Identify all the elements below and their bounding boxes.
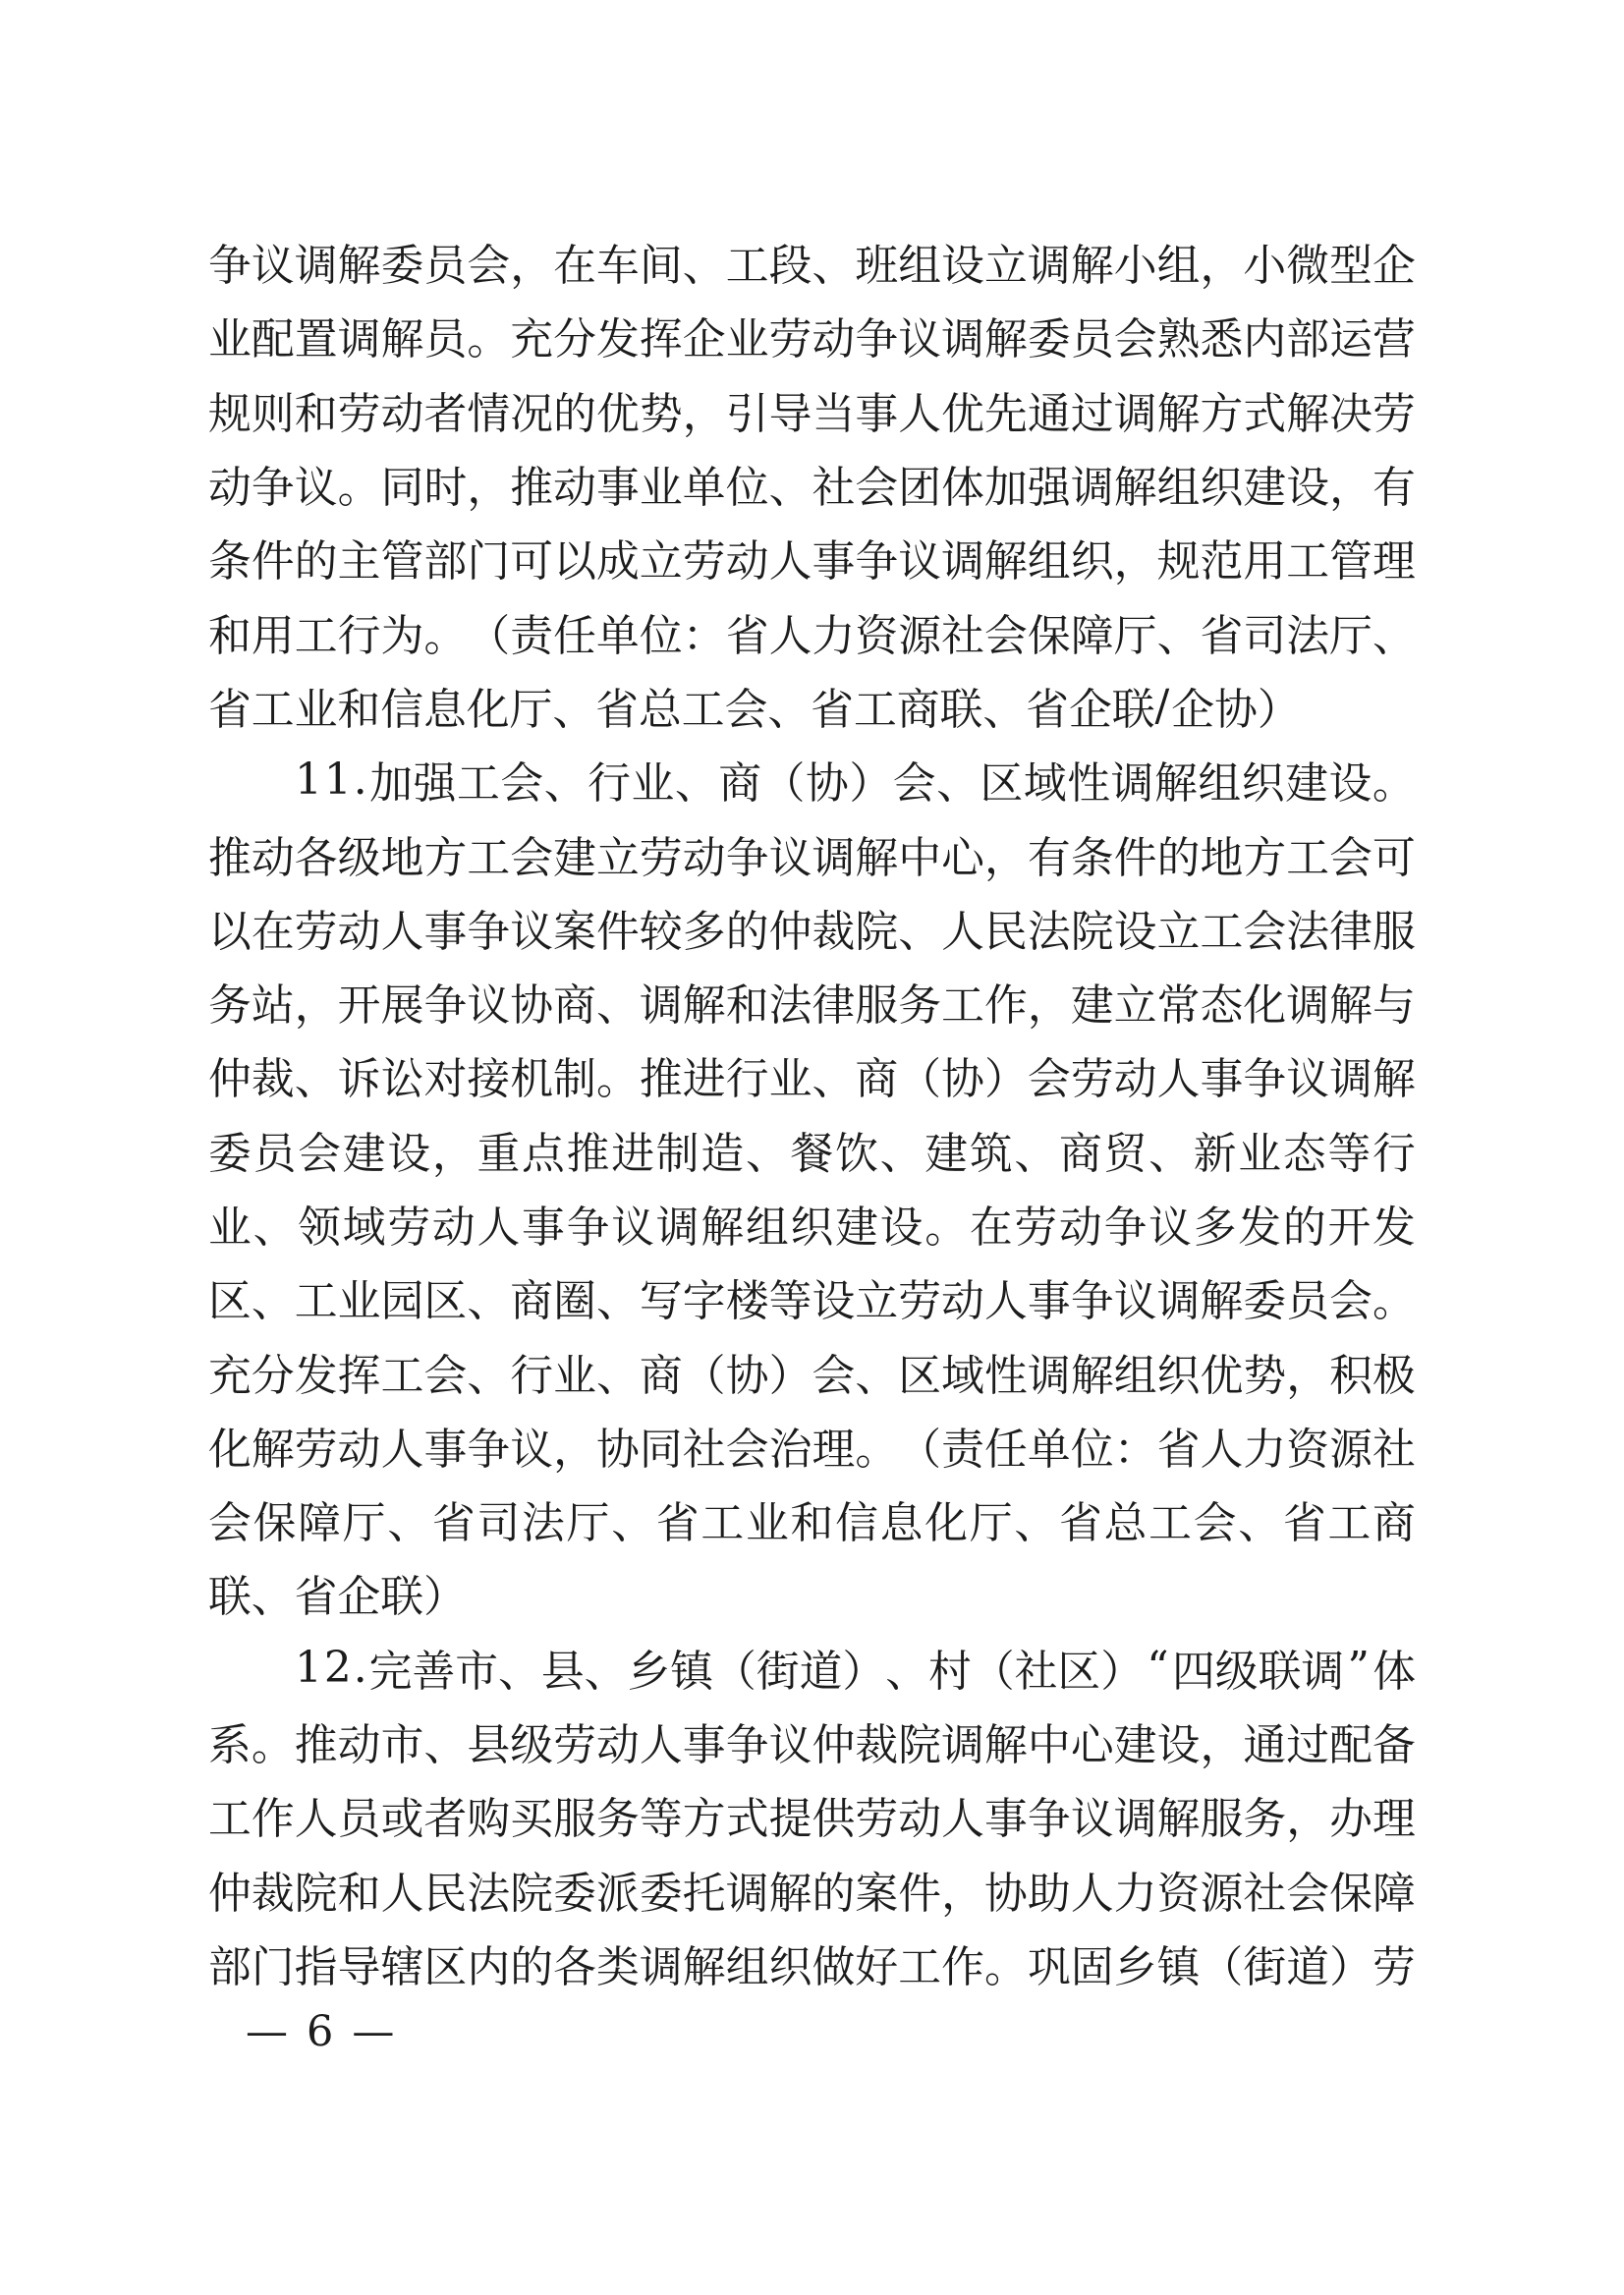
glyph: 律 bbox=[812, 971, 855, 1033]
glyph: 运 bbox=[1329, 305, 1372, 366]
glyph: 诉 bbox=[338, 1044, 381, 1106]
glyph: 委 bbox=[208, 1119, 252, 1181]
page-number: — 6 — bbox=[246, 1996, 394, 2067]
glyph: 务 bbox=[596, 1784, 640, 1846]
glyph: 方 bbox=[423, 823, 467, 885]
glyph: 省 bbox=[1157, 1415, 1201, 1477]
glyph: 商 bbox=[510, 1266, 553, 1328]
glyph: 织 bbox=[1071, 527, 1114, 588]
glyph: ， bbox=[1286, 1341, 1329, 1403]
glyph: 争 bbox=[467, 897, 510, 959]
text-line: 务站，开展争议协商、调解和法律服务工作，建立常态化调解与 bbox=[208, 965, 1416, 1038]
glyph: 域 bbox=[343, 1193, 386, 1255]
glyph: 组 bbox=[898, 231, 941, 293]
glyph: 调 bbox=[640, 971, 683, 1033]
glyph: 障 bbox=[298, 1488, 341, 1550]
glyph: 立 bbox=[855, 1266, 898, 1328]
glyph: 织 bbox=[791, 1193, 834, 1255]
glyph: 和 bbox=[726, 971, 769, 1033]
glyph: 社 bbox=[683, 1415, 726, 1477]
glyph: 协 bbox=[1214, 675, 1258, 737]
glyph: 争 bbox=[252, 453, 295, 515]
glyph: 议 bbox=[510, 897, 553, 959]
glyph: 配 bbox=[1329, 1710, 1372, 1772]
glyph: ， bbox=[683, 379, 726, 441]
glyph: 议 bbox=[898, 305, 941, 366]
glyph: 组 bbox=[1114, 1341, 1157, 1403]
glyph: 情 bbox=[467, 379, 510, 441]
glyph: 、 bbox=[982, 675, 1026, 737]
text-line: 11.加强工会、行业、商（协）会、区域性调解组织建设。 bbox=[208, 743, 1416, 816]
glyph: 理 bbox=[812, 1415, 855, 1477]
glyph: （ bbox=[683, 1341, 726, 1403]
glyph: 人 bbox=[1071, 1859, 1114, 1921]
glyph: 、 bbox=[675, 749, 718, 811]
text-line: 和用工行为。（责任单位：省人力资源社会保障厅、省司法厅、 bbox=[208, 594, 1416, 668]
glyph: 劳 bbox=[898, 1266, 941, 1328]
glyph: 裁 bbox=[855, 1710, 898, 1772]
glyph: 劳 bbox=[1014, 1193, 1057, 1255]
glyph: ， bbox=[295, 971, 338, 1033]
glyph: （ bbox=[898, 1044, 941, 1106]
glyph: 较 bbox=[640, 897, 683, 959]
glyph: 劳 bbox=[295, 1415, 338, 1477]
glyph: 小 bbox=[1243, 231, 1286, 293]
glyph: ） bbox=[769, 1341, 812, 1403]
glyph: 员 bbox=[1071, 305, 1114, 366]
glyph: 发 bbox=[1372, 1193, 1416, 1255]
glyph: 委 bbox=[640, 1859, 683, 1921]
glyph: 造 bbox=[700, 1119, 744, 1181]
glyph: 设 bbox=[387, 1119, 430, 1181]
glyph: 字 bbox=[683, 1266, 726, 1328]
glyph: 协 bbox=[510, 971, 553, 1033]
glyph: 联 bbox=[208, 1562, 252, 1624]
glyph: 写 bbox=[640, 1266, 683, 1328]
glyph: 。 bbox=[252, 1710, 295, 1772]
glyph: 体 bbox=[941, 453, 984, 515]
glyph: 议 bbox=[769, 1710, 812, 1772]
glyph: 发 bbox=[295, 1341, 338, 1403]
glyph: 的 bbox=[726, 897, 769, 959]
glyph: 管 bbox=[1329, 527, 1372, 588]
glyph: 事 bbox=[423, 1415, 467, 1477]
glyph: 员 bbox=[253, 1119, 297, 1181]
glyph: 讼 bbox=[381, 1044, 424, 1106]
glyph: 省 bbox=[295, 1562, 338, 1624]
glyph: 解 bbox=[1157, 379, 1201, 441]
glyph: 力 bbox=[1243, 1415, 1286, 1477]
glyph: 立 bbox=[596, 823, 640, 885]
glyph: 人 bbox=[381, 1415, 424, 1477]
glyph: 、 bbox=[769, 453, 812, 515]
glyph: 省 bbox=[595, 675, 639, 737]
glyph: 争 bbox=[855, 305, 898, 366]
glyph: 调 bbox=[640, 1932, 683, 1994]
glyph: 信 bbox=[380, 675, 423, 737]
text-line: 条件的主管部门可以成立劳动人事争议调解组织，规范用工管理 bbox=[208, 521, 1416, 594]
glyph: 类 bbox=[596, 1932, 640, 1994]
glyph: 托 bbox=[683, 1859, 726, 1921]
text-line: 业、领域劳动人事争议调解组织建设。在劳动争议多发的开发 bbox=[208, 1187, 1416, 1260]
glyph: 调 bbox=[656, 1193, 700, 1255]
glyph: 会 bbox=[1194, 1488, 1237, 1550]
glyph: 业 bbox=[640, 453, 683, 515]
glyph: 引 bbox=[726, 379, 769, 441]
glyph: 立 bbox=[1157, 897, 1201, 959]
glyph: 级 bbox=[338, 823, 381, 885]
glyph: 筑 bbox=[970, 1119, 1013, 1181]
glyph: ， bbox=[1329, 453, 1372, 515]
glyph: 指 bbox=[295, 1932, 338, 1994]
glyph: 争 bbox=[208, 231, 252, 293]
glyph: 调 bbox=[1111, 749, 1154, 811]
glyph: 务 bbox=[898, 971, 941, 1033]
glyph: 推 bbox=[640, 1044, 683, 1106]
glyph: 服 bbox=[855, 971, 898, 1033]
glyph: 业 bbox=[295, 675, 338, 737]
glyph: 会 bbox=[467, 231, 510, 293]
glyph: 重 bbox=[476, 1119, 520, 1181]
glyph: 省 bbox=[1059, 1488, 1102, 1550]
glyph: 社 bbox=[1015, 1637, 1058, 1699]
glyph: 、 bbox=[898, 897, 941, 959]
glyph: 劳 bbox=[1071, 1044, 1114, 1106]
glyph: 者 bbox=[423, 1784, 467, 1846]
glyph: 劳 bbox=[553, 1710, 596, 1772]
glyph: 贸 bbox=[1104, 1119, 1148, 1181]
glyph: 事 bbox=[423, 897, 467, 959]
glyph: 、 bbox=[585, 1637, 628, 1699]
glyph: 力 bbox=[812, 601, 855, 663]
glyph: 单 bbox=[596, 601, 640, 663]
glyph: 。 bbox=[596, 1044, 640, 1106]
glyph: 息 bbox=[880, 1488, 924, 1550]
glyph: 人 bbox=[769, 601, 812, 663]
glyph: 做 bbox=[812, 1932, 855, 1994]
glyph: 优 bbox=[941, 379, 984, 441]
text-line: 会保障厅、省司法厅、省工业和信息化厅、省总工会、省工商 bbox=[208, 1483, 1416, 1556]
glyph: 化 bbox=[924, 1488, 968, 1550]
glyph: 有 bbox=[1028, 823, 1071, 885]
glyph: 决 bbox=[1329, 379, 1372, 441]
glyph: 工 bbox=[295, 601, 338, 663]
glyph: 置 bbox=[295, 305, 338, 366]
glyph: ， bbox=[984, 823, 1028, 885]
glyph: 员 bbox=[338, 1784, 381, 1846]
glyph: 省 bbox=[208, 675, 252, 737]
glyph: 、 bbox=[552, 675, 595, 737]
glyph: ， bbox=[1200, 231, 1243, 293]
glyph: 调 bbox=[1114, 379, 1157, 441]
glyph: 企 bbox=[337, 1562, 380, 1624]
glyph: 动 bbox=[338, 1415, 381, 1477]
glyph: 立 bbox=[640, 527, 683, 588]
glyph: 委 bbox=[381, 231, 424, 293]
glyph: 区 bbox=[423, 1266, 467, 1328]
glyph: 协 bbox=[806, 749, 849, 811]
text-line: 系。推动市、县级劳动人事争议仲裁院调解中心建设，通过配备 bbox=[208, 1705, 1416, 1778]
glyph: 会 bbox=[500, 749, 543, 811]
glyph: 会 bbox=[510, 823, 553, 885]
glyph: 优 bbox=[1200, 1341, 1243, 1403]
glyph: 、 bbox=[812, 231, 855, 293]
glyph: 工 bbox=[854, 675, 897, 737]
glyph: 争 bbox=[467, 1415, 510, 1477]
glyph: 省 bbox=[726, 601, 769, 663]
glyph: 接 bbox=[467, 1044, 510, 1106]
glyph: 优 bbox=[596, 379, 640, 441]
glyph: 法 bbox=[769, 971, 812, 1033]
glyph: 式 bbox=[1243, 379, 1286, 441]
glyph: 省 bbox=[1200, 601, 1243, 663]
glyph: 解 bbox=[1154, 749, 1198, 811]
glyph: 建 bbox=[835, 1193, 878, 1255]
glyph: 业 bbox=[208, 1193, 252, 1255]
glyph: 劳 bbox=[387, 1193, 430, 1255]
glyph: 省 bbox=[811, 675, 854, 737]
glyph: 议 bbox=[1071, 1784, 1114, 1846]
glyph: 同 bbox=[640, 1415, 683, 1477]
glyph: 工 bbox=[1148, 1488, 1192, 1550]
glyph: 工 bbox=[457, 749, 500, 811]
glyph: 会 bbox=[855, 453, 898, 515]
glyph: 或 bbox=[381, 1784, 424, 1846]
glyph: 进 bbox=[683, 1044, 726, 1106]
glyph: ， bbox=[1028, 971, 1071, 1033]
glyph: 以 bbox=[553, 527, 596, 588]
glyph: 解 bbox=[683, 971, 726, 1033]
glyph: 业 bbox=[631, 749, 674, 811]
glyph: 建 bbox=[924, 1119, 968, 1181]
glyph: / bbox=[1155, 681, 1172, 731]
glyph: 推 bbox=[567, 1119, 610, 1181]
glyph: 商 bbox=[897, 675, 940, 737]
glyph: 、 bbox=[467, 1266, 510, 1328]
glyph: 争 bbox=[1104, 1193, 1148, 1255]
glyph: 道 bbox=[1286, 1932, 1329, 1994]
glyph: 领 bbox=[298, 1193, 341, 1255]
glyph: 企 bbox=[1171, 675, 1214, 737]
glyph: “ bbox=[1144, 1643, 1172, 1693]
glyph: 常 bbox=[1157, 971, 1201, 1033]
glyph: 业 bbox=[553, 1341, 596, 1403]
glyph: 务 bbox=[1243, 1784, 1286, 1846]
glyph: 者 bbox=[423, 379, 467, 441]
glyph: 和 bbox=[208, 601, 252, 663]
text-line: 化解劳动人事争议，协同社会治理。（责任单位：省人力资源社 bbox=[208, 1409, 1416, 1483]
glyph: 民 bbox=[423, 1859, 467, 1921]
glyph: 态 bbox=[1283, 1119, 1326, 1181]
glyph: 在 bbox=[553, 231, 596, 293]
glyph: 解 bbox=[1372, 1044, 1416, 1106]
glyph: 联 bbox=[1112, 675, 1155, 737]
glyph: 工 bbox=[726, 231, 769, 293]
glyph: 区 bbox=[980, 749, 1023, 811]
glyph: 保 bbox=[1329, 1859, 1372, 1921]
glyph: ， bbox=[467, 453, 510, 515]
glyph: 障 bbox=[1372, 1859, 1416, 1921]
glyph: 律 bbox=[1329, 897, 1372, 959]
glyph: 时 bbox=[423, 453, 467, 515]
glyph: 业 bbox=[746, 1488, 789, 1550]
glyph: 理 bbox=[1372, 1784, 1416, 1846]
glyph: 建 bbox=[1285, 749, 1328, 811]
glyph: 劳 bbox=[1372, 1932, 1416, 1994]
glyph: 道 bbox=[800, 1637, 843, 1699]
glyph: 服 bbox=[1200, 1784, 1243, 1846]
glyph: 制 bbox=[656, 1119, 700, 1181]
glyph: 规 bbox=[208, 379, 252, 441]
glyph: 事 bbox=[683, 1710, 726, 1772]
glyph: 设 bbox=[880, 1193, 924, 1255]
glyph: 行 bbox=[1372, 1119, 1416, 1181]
glyph: 的 bbox=[1157, 823, 1201, 885]
glyph: 责 bbox=[510, 601, 553, 663]
text-line: 部门指导辖区内的各类调解组织做好工作。巩固乡镇（街道）劳 bbox=[208, 1927, 1416, 2000]
glyph: 议 bbox=[611, 1193, 654, 1255]
glyph: 院 bbox=[898, 1710, 941, 1772]
glyph: 业 bbox=[769, 1044, 812, 1106]
glyph: 调 bbox=[941, 1710, 984, 1772]
glyph: 解 bbox=[1071, 1341, 1114, 1403]
glyph: 11. bbox=[295, 755, 369, 805]
glyph: 立 bbox=[984, 231, 1028, 293]
glyph: 会 bbox=[1329, 1266, 1372, 1328]
glyph: ， bbox=[1200, 1710, 1243, 1772]
glyph: 可 bbox=[510, 527, 553, 588]
glyph: 势 bbox=[640, 379, 683, 441]
glyph: 人 bbox=[941, 897, 984, 959]
text-line: 以在劳动人事争议案件较多的仲裁院、人民法院设立工会法律服 bbox=[208, 891, 1416, 965]
glyph: 强 bbox=[414, 749, 457, 811]
glyph: 理 bbox=[1372, 527, 1416, 588]
glyph: ： bbox=[1114, 1415, 1157, 1477]
glyph: 解 bbox=[769, 1859, 812, 1921]
text-line: 省工业和信息化厅、省总工会、省工商联、省企联/企协） bbox=[208, 669, 1416, 743]
glyph: 调 bbox=[338, 305, 381, 366]
glyph: 设 bbox=[941, 231, 984, 293]
glyph: 熟 bbox=[1157, 305, 1201, 366]
glyph: 仲 bbox=[812, 1710, 855, 1772]
glyph: 法 bbox=[1286, 897, 1329, 959]
glyph: 商 bbox=[718, 749, 761, 811]
glyph: ） bbox=[1258, 675, 1301, 737]
glyph: 区 bbox=[423, 1932, 467, 1994]
glyph: 和 bbox=[337, 675, 380, 737]
glyph: 调 bbox=[1286, 971, 1329, 1033]
glyph: 加 bbox=[369, 749, 413, 811]
glyph: 解 bbox=[1329, 971, 1372, 1033]
glyph: 固 bbox=[1071, 1932, 1114, 1994]
glyph: 、 bbox=[252, 1562, 295, 1624]
glyph: 善 bbox=[412, 1637, 455, 1699]
glyph: 会 bbox=[1329, 823, 1372, 885]
glyph: 件 bbox=[1114, 823, 1157, 885]
glyph: （ bbox=[762, 749, 806, 811]
glyph: 区 bbox=[898, 1341, 941, 1403]
glyph: 楼 bbox=[726, 1266, 769, 1328]
glyph: 法 bbox=[1028, 897, 1071, 959]
glyph: 提 bbox=[769, 1784, 812, 1846]
glyph: 门 bbox=[467, 527, 510, 588]
glyph: 仲 bbox=[208, 1859, 252, 1921]
glyph: 件 bbox=[252, 527, 295, 588]
glyph: 对 bbox=[423, 1044, 467, 1106]
glyph: 域 bbox=[941, 1341, 984, 1403]
glyph: 设 bbox=[1328, 749, 1372, 811]
glyph: 规 bbox=[1157, 527, 1201, 588]
glyph: 、 bbox=[596, 1341, 640, 1403]
glyph: 挥 bbox=[338, 1341, 381, 1403]
glyph: 源 bbox=[898, 601, 941, 663]
glyph: 事 bbox=[984, 1784, 1028, 1846]
glyph: 车 bbox=[596, 231, 640, 293]
glyph: 动 bbox=[726, 527, 769, 588]
glyph: 裁 bbox=[812, 897, 855, 959]
glyph: 同 bbox=[381, 453, 424, 515]
page-number-value: 6 bbox=[307, 2007, 333, 2056]
glyph: 镇 bbox=[1157, 1932, 1201, 1994]
glyph: 人 bbox=[898, 379, 941, 441]
glyph: 建 bbox=[553, 823, 596, 885]
glyph: 人 bbox=[1157, 1044, 1201, 1106]
glyph: 方 bbox=[1243, 823, 1286, 885]
glyph: 业 bbox=[208, 305, 252, 366]
glyph: 机 bbox=[510, 1044, 553, 1106]
glyph: 争 bbox=[726, 1710, 769, 1772]
glyph: 任 bbox=[553, 601, 596, 663]
glyph: 、 bbox=[812, 1044, 855, 1106]
glyph: 员 bbox=[1286, 1266, 1329, 1328]
glyph: 工 bbox=[252, 675, 295, 737]
glyph: 行 bbox=[726, 1044, 769, 1106]
glyph: 企 bbox=[683, 305, 726, 366]
glyph: 在 bbox=[970, 1193, 1013, 1255]
glyph: 会 bbox=[1286, 1859, 1329, 1921]
glyph: 单 bbox=[1028, 1415, 1071, 1477]
glyph: 厅 bbox=[970, 1488, 1013, 1550]
glyph: 事 bbox=[522, 1193, 565, 1255]
glyph: 。 bbox=[1372, 1266, 1416, 1328]
glyph: 市 bbox=[455, 1637, 498, 1699]
glyph: （ bbox=[467, 601, 510, 663]
glyph: 行 bbox=[588, 749, 631, 811]
glyph: 推 bbox=[295, 1710, 338, 1772]
glyph: 议 bbox=[1148, 1193, 1192, 1255]
glyph: ， bbox=[510, 231, 553, 293]
glyph: 厅 bbox=[510, 675, 553, 737]
glyph: 部 bbox=[208, 1932, 252, 1994]
glyph: 位 bbox=[726, 453, 769, 515]
glyph: 与 bbox=[1372, 971, 1416, 1033]
glyph: 挥 bbox=[640, 305, 683, 366]
glyph: 行 bbox=[338, 601, 381, 663]
glyph: 条 bbox=[208, 527, 252, 588]
glyph: 动 bbox=[338, 1710, 381, 1772]
glyph: 解 bbox=[1071, 231, 1114, 293]
glyph: 街 bbox=[1243, 1932, 1286, 1994]
glyph: 用 bbox=[1243, 527, 1286, 588]
glyph: 动 bbox=[812, 305, 855, 366]
glyph: 位 bbox=[1071, 1415, 1114, 1477]
glyph: 各 bbox=[553, 1932, 596, 1994]
glyph: 委 bbox=[1028, 305, 1071, 366]
glyph: ） bbox=[849, 749, 892, 811]
glyph: 动 bbox=[553, 453, 596, 515]
glyph: 院 bbox=[855, 897, 898, 959]
glyph: 动 bbox=[596, 1710, 640, 1772]
